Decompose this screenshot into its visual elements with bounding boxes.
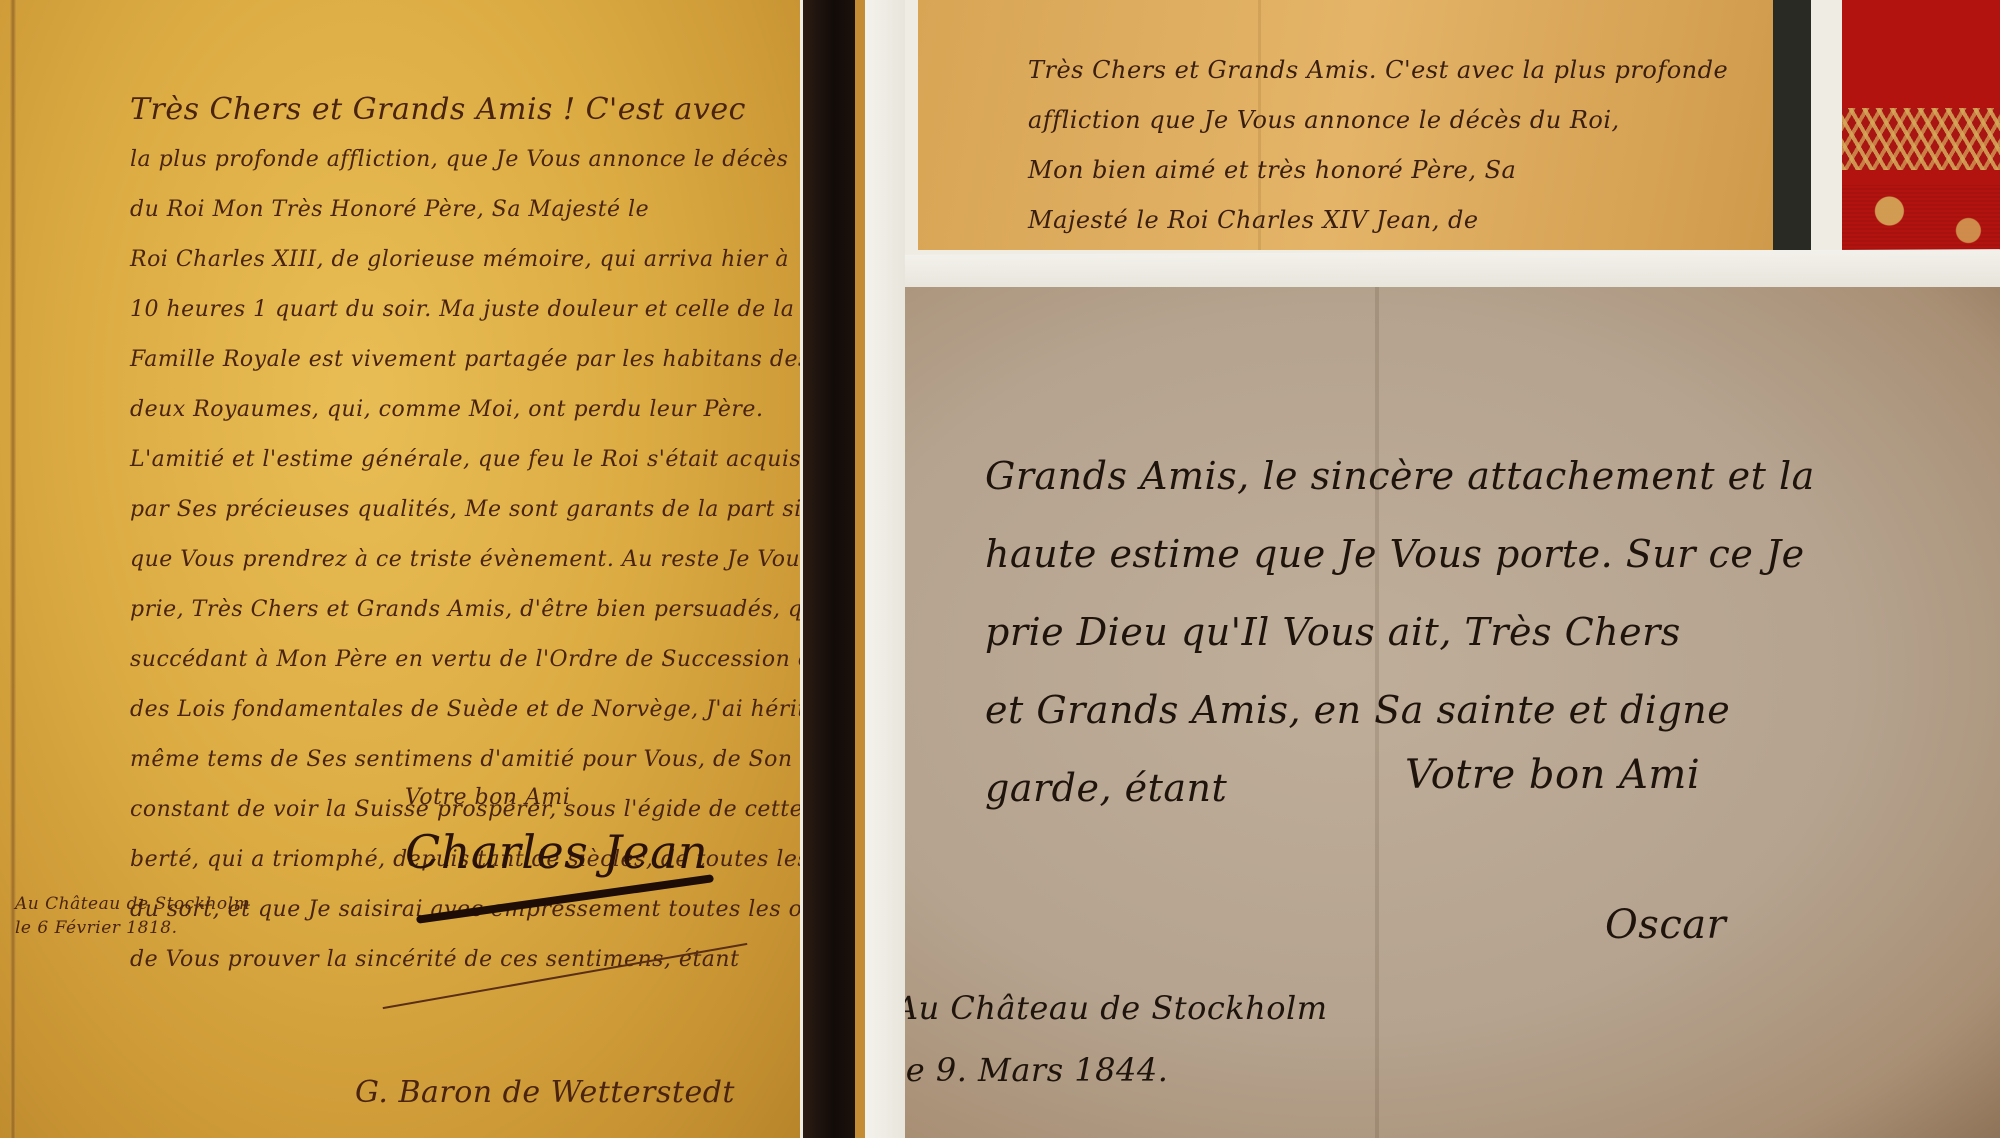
letter-1844-place-date: Au Château de Stockholm le 9. Mars 1844.: [905, 977, 1328, 1101]
text-line: succédant à Mon Père en vertu de l'Ordre…: [130, 635, 800, 685]
date-text: le 9. Mars 1844.: [905, 1039, 1328, 1101]
text-line: 10 heures 1 quart du soir. Ma juste doul…: [130, 285, 800, 335]
red-brocade-fabric: [1842, 0, 2000, 250]
date-text: le 6 Février 1818.: [15, 916, 250, 940]
text-line: Très Chers et Grands Amis ! C'est avec: [130, 85, 800, 135]
text-line: la plus profonde affliction, que Je Vous…: [130, 135, 800, 185]
text-line: haute estime que Je Vous porte. Sur ce J…: [985, 515, 1815, 593]
text-line: que Vous prendrez à ce triste évènement.…: [130, 535, 800, 585]
text-line: Majesté le Roi Charles XIV Jean, de: [1028, 195, 1728, 245]
place-text: Au Château de Stockholm: [905, 977, 1328, 1039]
text-line: prie, Très Chers et Grands Amis, d'être …: [130, 585, 800, 635]
text-line: et Grands Amis, en Sa sainte et digne: [985, 671, 1815, 749]
text-line: Très Chers et Grands Amis. C'est avec la…: [1028, 45, 1728, 95]
letter-1818-closing: Votre bon Ami: [405, 785, 570, 810]
text-line: prie Dieu qu'Il Vous ait, Très Chers: [985, 593, 1815, 671]
text-line: L'amitié et l'estime générale, que feu l…: [130, 435, 800, 485]
text-line: Famille Royale est vivement partagée par…: [130, 335, 800, 385]
letter-1818-signature: Charles Jean: [405, 825, 708, 879]
text-line: Grands Amis, le sincère attachement et l…: [985, 437, 1815, 515]
place-text: Au Château de Stockholm: [15, 892, 250, 916]
text-line: Roi Charles XIII, de glorieuse mémoire, …: [130, 235, 800, 285]
text-line: Mon bien aimé et très honoré Père, Sa: [1028, 145, 1728, 195]
letter-1844-signature: Oscar: [1605, 902, 1726, 948]
text-line: des Lois fondamentales de Suède et de No…: [130, 685, 800, 735]
gold-floral-motif: [1842, 185, 2000, 250]
gold-woven-band: [1842, 108, 2000, 170]
exhibition-photo: Très Chers et Grands Amis ! C'est avec l…: [0, 0, 2000, 1138]
letter-1844-closing: Votre bon Ami: [1405, 752, 1700, 798]
display-divider-dark: [803, 0, 855, 1138]
display-divider-gold: [855, 0, 865, 1138]
display-divider-dark-top: [1773, 0, 1811, 250]
text-line: même tems de Ses sentimens d'amitié pour…: [130, 735, 800, 785]
letter-1818-place-date: Au Château de Stockholm le 6 Février 181…: [15, 892, 250, 940]
text-line: deux Royaumes, qui, comme Moi, ont perdu…: [130, 385, 800, 435]
text-line: du Roi Mon Très Honoré Père, Sa Majesté …: [130, 185, 800, 235]
text-line: par Ses précieuses qualités, Me sont gar…: [130, 485, 800, 535]
letter-1844-first-page-body: Très Chers et Grands Amis. C'est avec la…: [1028, 45, 1728, 245]
letter-1818: Très Chers et Grands Amis ! C'est avec l…: [0, 0, 800, 1138]
display-mat: [865, 0, 905, 1138]
page-binding-edge: [10, 0, 16, 1138]
letter-1844-first-page: Très Chers et Grands Amis. C'est avec la…: [918, 0, 1773, 250]
letter-1844-last-page: Grands Amis, le sincère attachement et l…: [905, 287, 2000, 1138]
letter-1818-countersignature: G. Baron de Wetterstedt: [355, 1075, 735, 1110]
text-line: affliction que Je Vous annonce le décès …: [1028, 95, 1728, 145]
text-line: de Vous prouver la sincérité de ces sent…: [130, 935, 800, 985]
